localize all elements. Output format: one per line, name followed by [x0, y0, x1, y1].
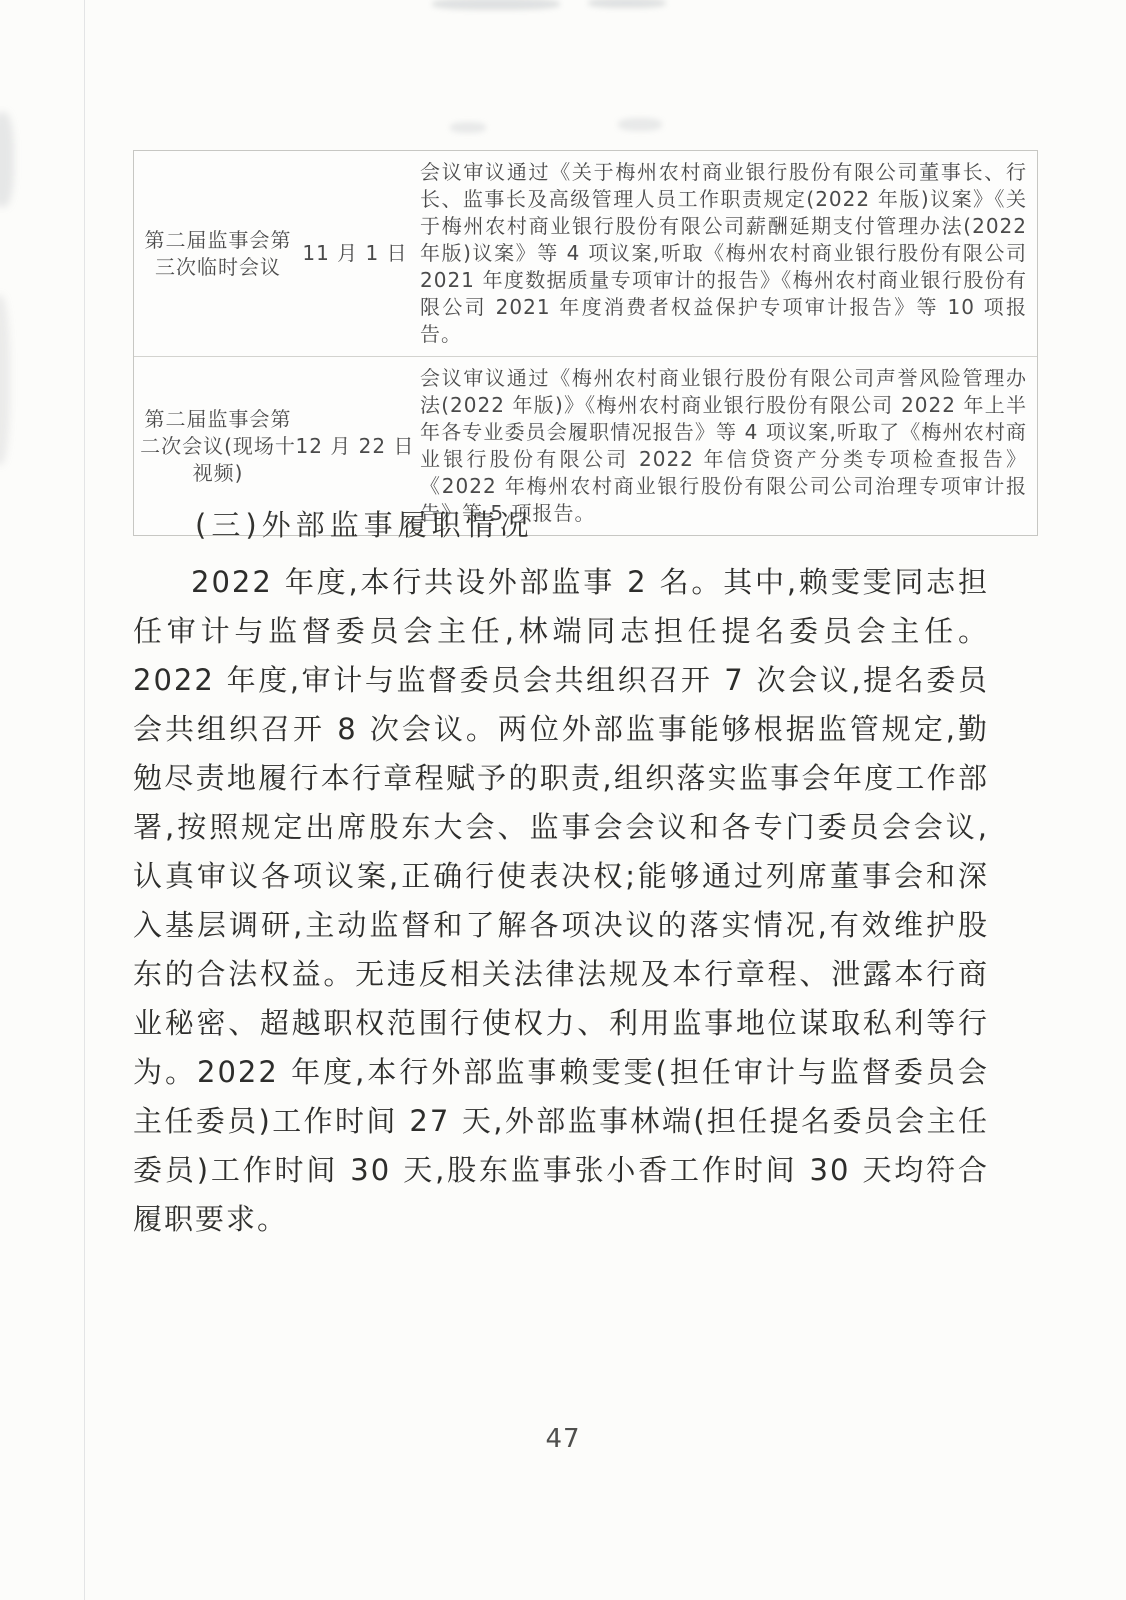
scan-artifact — [588, 0, 666, 8]
table-row: 第二届监事会第三次临时会议 11 月 1 日 会议审议通过《关于梅州农村商业银行… — [134, 151, 1037, 356]
scan-artifact — [432, 0, 560, 10]
page-number: 47 — [0, 1424, 1126, 1454]
section-heading: (三)外部监事履职情况 — [195, 503, 534, 544]
meeting-name-cell: 第二届监事会第三次临时会议 — [134, 151, 302, 356]
meeting-date-cell: 11 月 1 日 — [302, 151, 408, 356]
scan-artifact — [0, 112, 14, 207]
scan-fold-line — [84, 0, 85, 1600]
scan-artifact — [0, 295, 10, 465]
scanned-document-page: 第二届监事会第三次临时会议 11 月 1 日 会议审议通过《关于梅州农村商业银行… — [0, 0, 1126, 1600]
scan-artifact — [450, 122, 486, 133]
meeting-content-cell: 会议审议通过《关于梅州农村商业银行股份有限公司董事长、行长、监事长及高级管理人员… — [408, 151, 1037, 356]
body-paragraph: 2022 年度,本行共设外部监事 2 名。其中,赖雯雯同志担任审计与监督委员会主… — [133, 558, 989, 1244]
scan-artifact — [618, 118, 662, 131]
supervisory-board-meetings-table: 第二届监事会第三次临时会议 11 月 1 日 会议审议通过《关于梅州农村商业银行… — [133, 150, 1038, 536]
